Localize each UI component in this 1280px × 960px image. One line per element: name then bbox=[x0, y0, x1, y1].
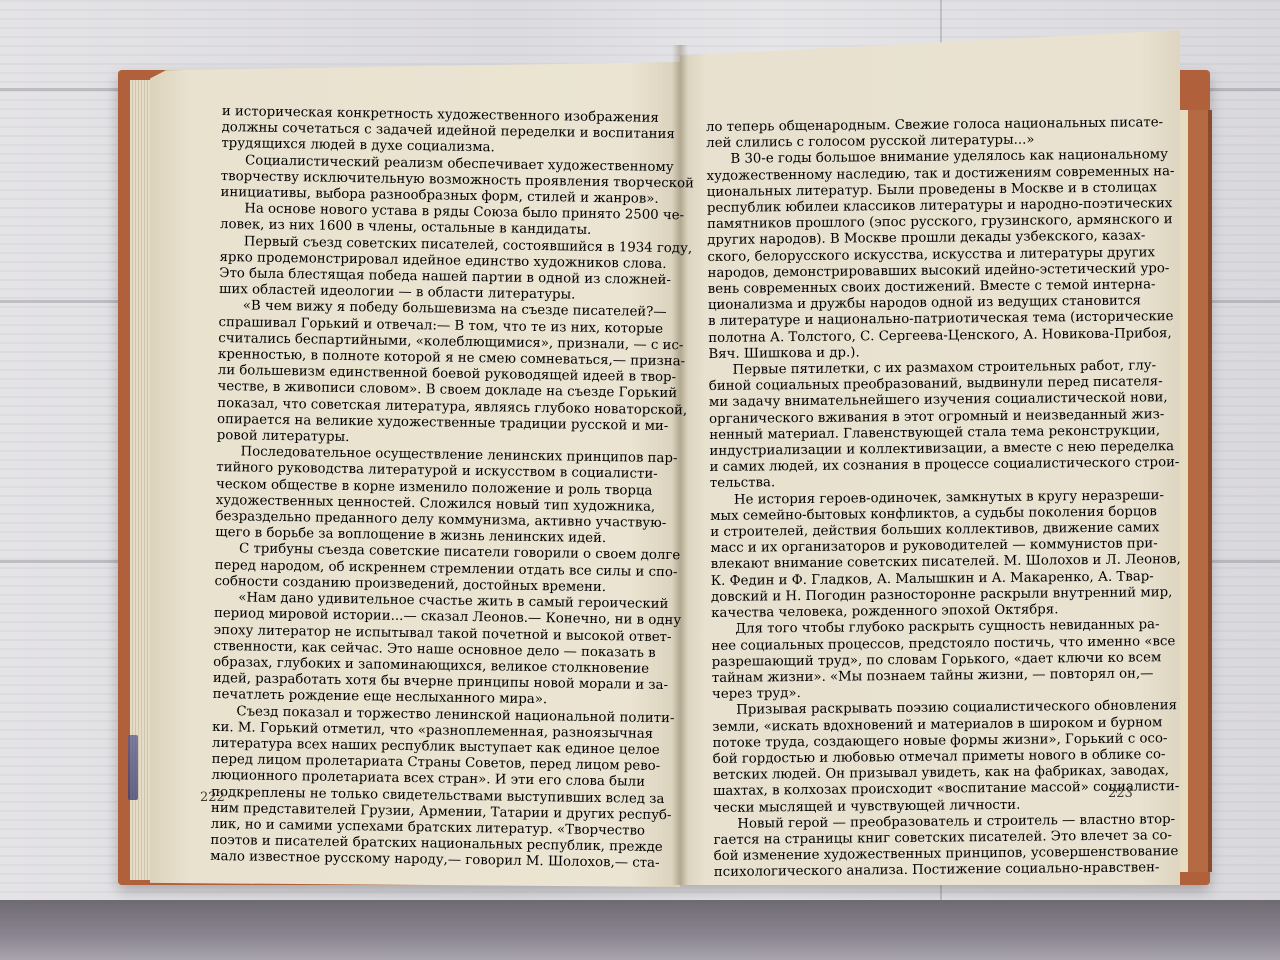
ink-stamp-mark bbox=[128, 735, 138, 800]
page-number-left: 222 bbox=[200, 790, 225, 805]
left-page-text: и историческая конкретность художественн… bbox=[210, 104, 654, 872]
page-number-right: 223 bbox=[1108, 786, 1133, 801]
table-shadow-bottom bbox=[0, 900, 1280, 960]
right-page-text: ло теперь общенародным. Свежие голоса на… bbox=[706, 116, 1142, 882]
